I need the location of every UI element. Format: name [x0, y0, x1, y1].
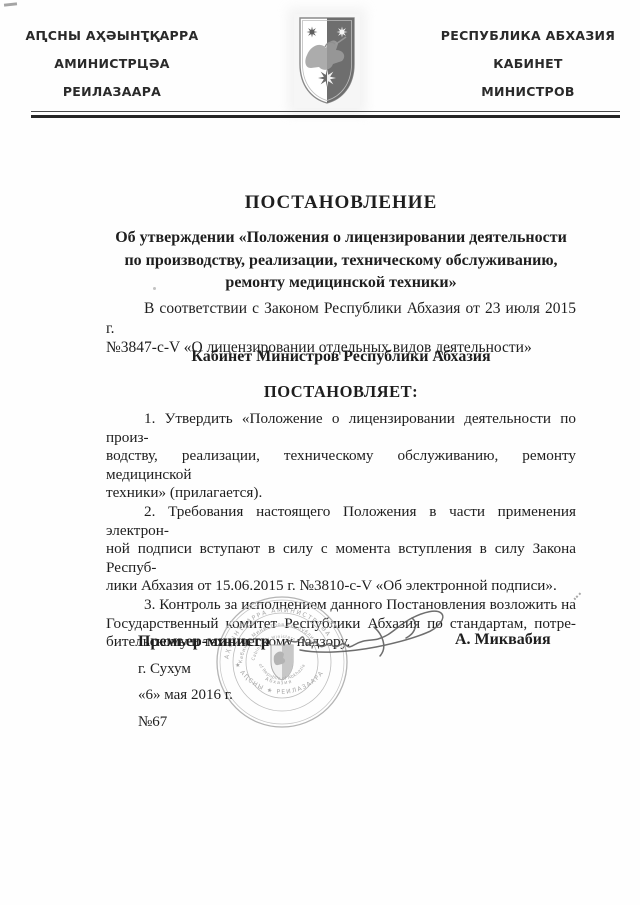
header-right-russian: РЕСПУБЛИКА АБХАЗИЯКАБИНЕТМИНИСТРОВ [436, 22, 620, 106]
text-line: МИНИСТРОВ [436, 78, 620, 106]
text-line: водству, реализации, техническому обслуж… [106, 447, 576, 484]
text-line: техники» (прилагается). [106, 484, 576, 503]
signatory-post: Премьер-министр [138, 633, 270, 651]
document-title: ПОСТАНОВЛЕНИЕ [106, 192, 576, 214]
signature-scribble [278, 603, 463, 665]
text-line: РЕИЛАЗААРА [20, 78, 204, 106]
star-icon [307, 27, 318, 38]
star-icon [337, 27, 348, 38]
scan-artifact [4, 2, 17, 6]
document-number: №67 [138, 714, 167, 731]
issuing-body: Кабинет Министров Республики Абхазия [106, 348, 576, 366]
issue-place: г. Сухум [138, 661, 191, 678]
text-line: 2. Требования настоящего Положения в час… [106, 503, 576, 540]
text-line: КАБИНЕТ [436, 50, 620, 78]
coat-of-arms-icon [294, 14, 360, 108]
header-left-abkhaz: АԤСНЫ АҲӘЫНҬҚАРРААМИНИСТРЦӘАРЕИЛАЗААРА [20, 22, 204, 106]
text-line: Об утверждении «Положения о лицензирован… [106, 227, 576, 250]
text-line: ной подписи вступают в силу с момента вс… [106, 540, 576, 577]
text-line: В соответствии с Законом Республики Абха… [106, 299, 576, 338]
document-subject: Об утверждении «Положения о лицензирован… [106, 227, 576, 295]
text-line: 1. Утвердить «Положение о лицензировании… [106, 410, 576, 447]
signatory-name: А. Миквабия [455, 631, 551, 649]
text-line: РЕСПУБЛИКА АБХАЗИЯ [436, 22, 620, 50]
document-page: АԤСНЫ АҲӘЫНҬҚАРРААМИНИСТРЦӘАРЕИЛАЗААРА [0, 0, 640, 905]
item-1: 1. Утвердить «Положение о лицензировании… [106, 410, 576, 503]
item-2: 2. Требования настоящего Положения в час… [106, 503, 576, 596]
text-line: ремонту медицинской техники» [106, 272, 576, 295]
resolves-heading: ПОСТАНОВЛЯЕТ: [106, 382, 576, 402]
text-line: АԤСНЫ АҲӘЫНҬҚАРРА [20, 22, 204, 50]
text-line: АМИНИСТРЦӘА [20, 50, 204, 78]
header-divider [31, 111, 620, 118]
text-line: по производству, реализации, техническом… [106, 250, 576, 273]
issue-date: «6» мая 2016 г. [138, 687, 233, 704]
